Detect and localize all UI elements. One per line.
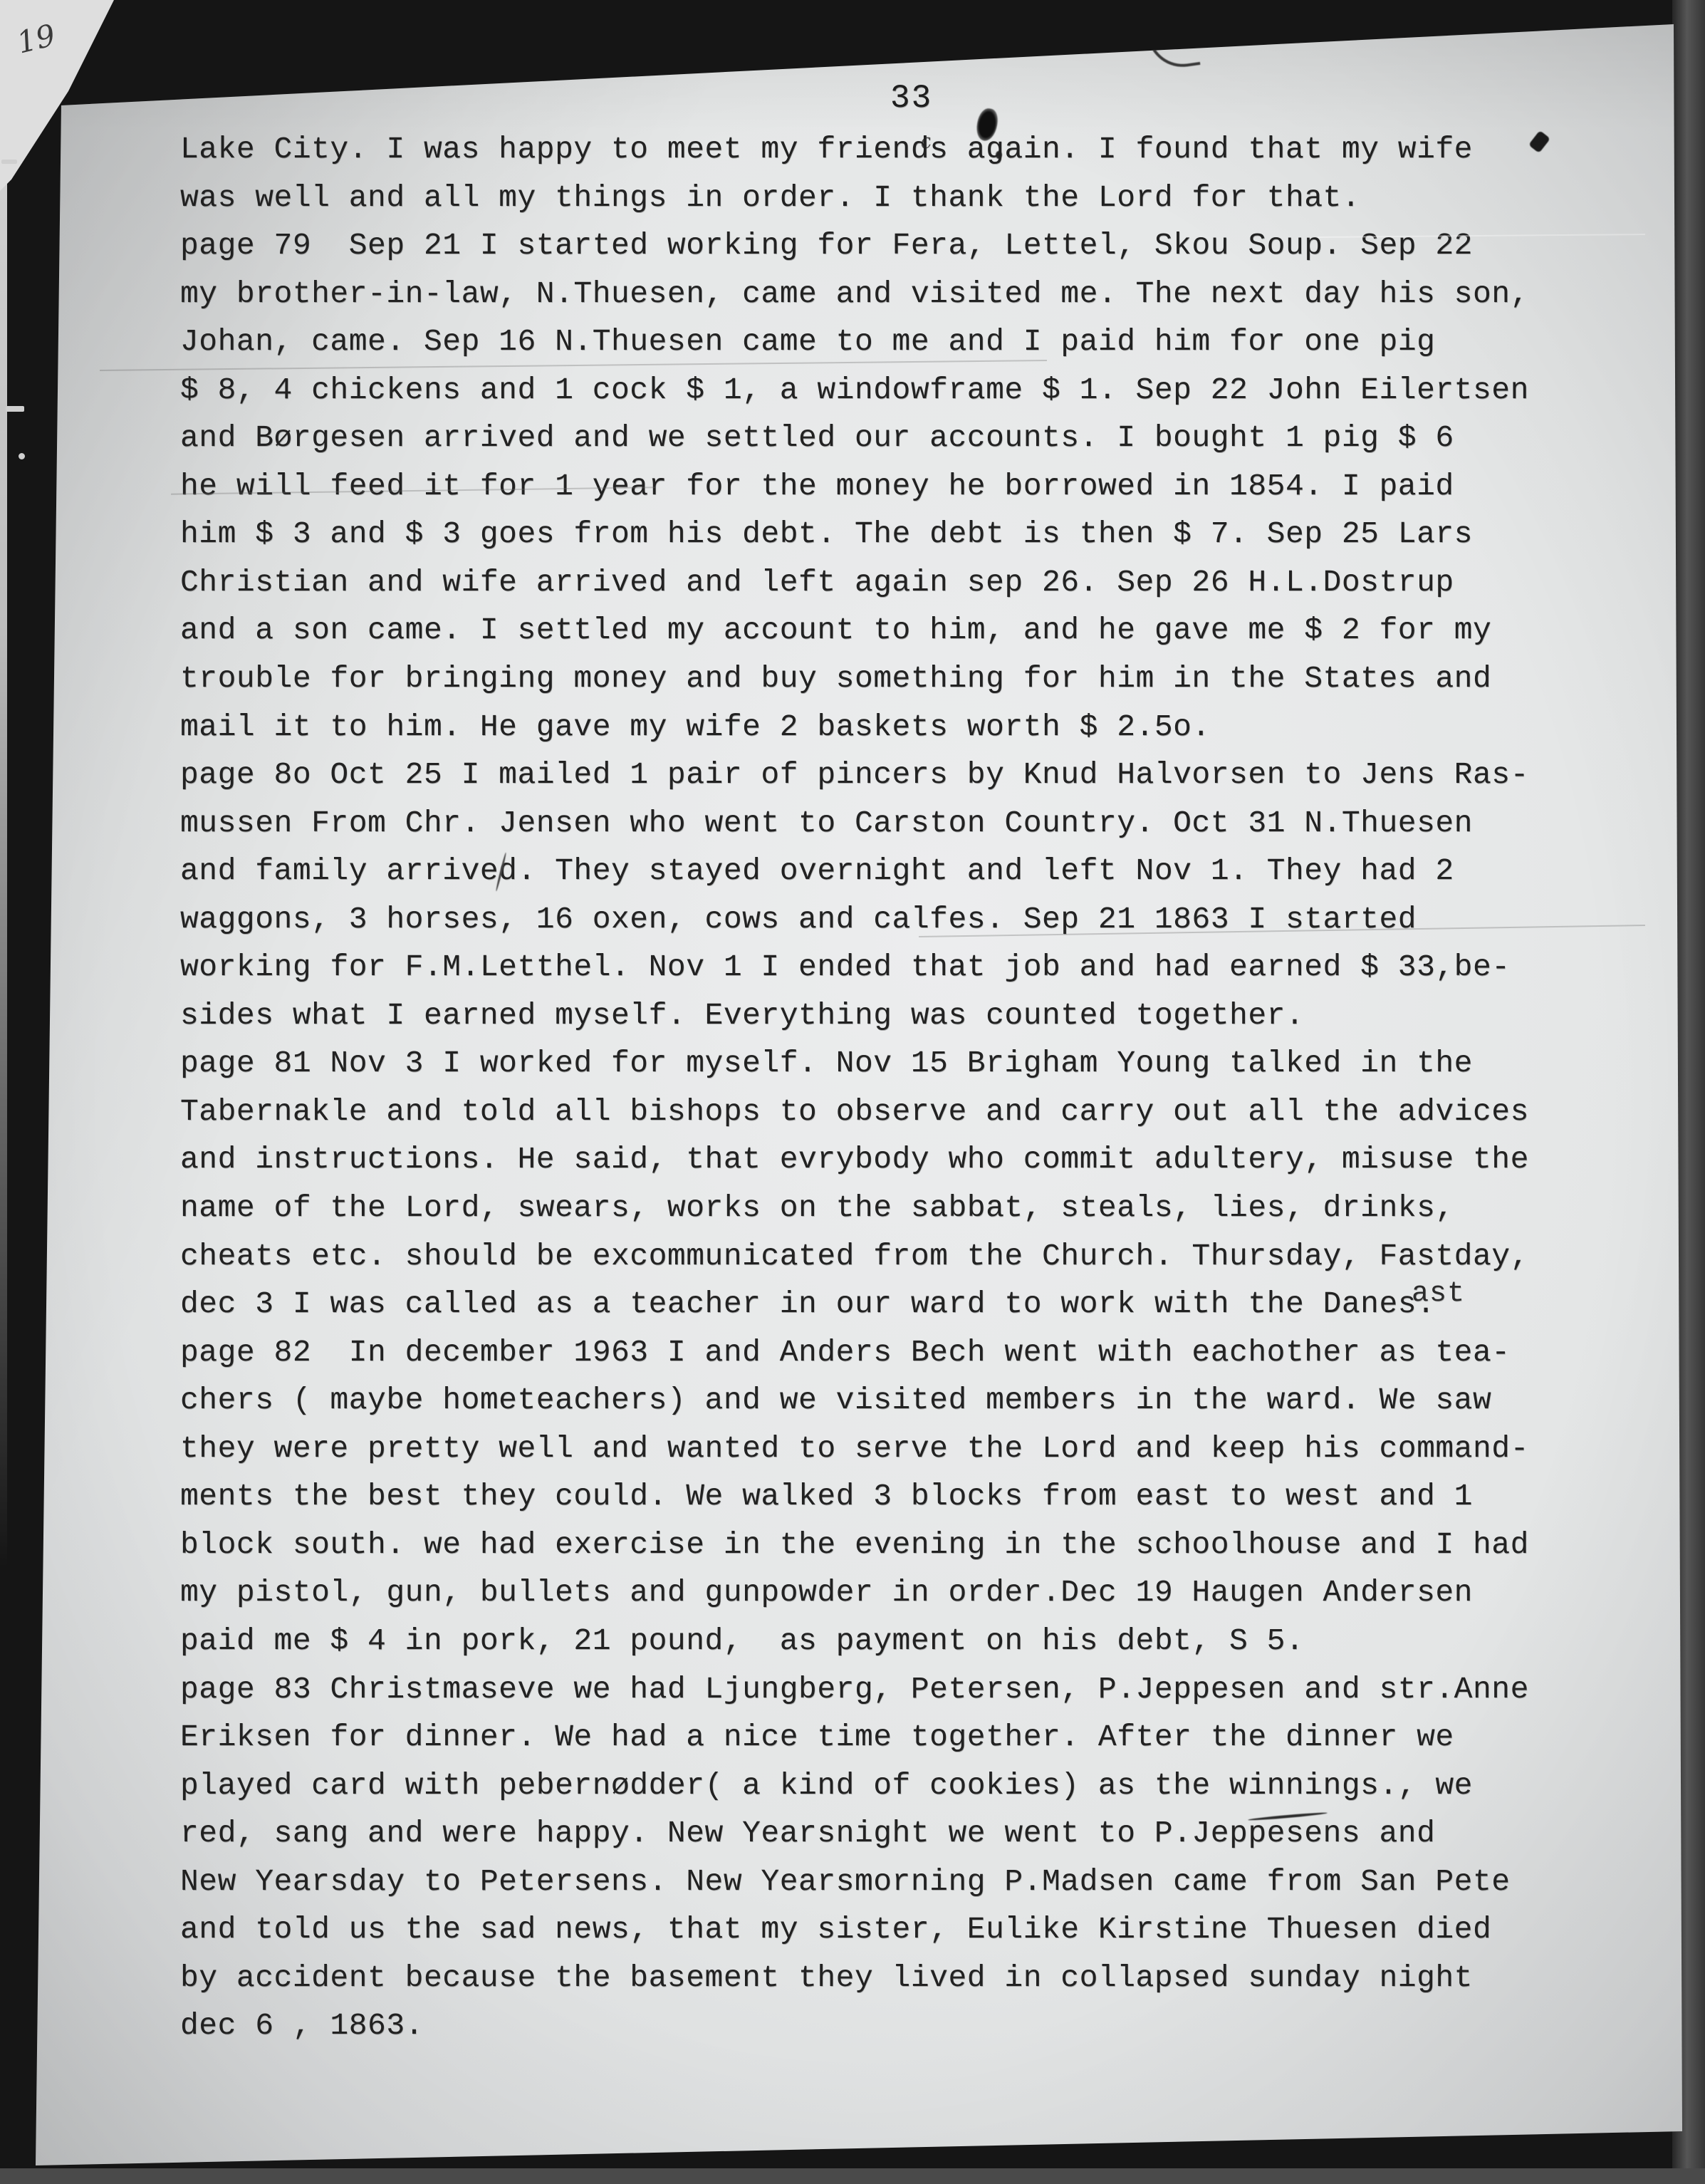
stray-hook-mark: [1145, 7, 1201, 72]
typed-line: ments the best they could. We walked 3 b…: [180, 1472, 1555, 1521]
typed-line: and family arrived. They stayed overnigh…: [180, 847, 1555, 895]
typed-line: dec 6 , 1863.: [180, 2002, 1555, 2050]
typed-line: Tabernakle and told all bishops to obser…: [180, 1088, 1555, 1136]
typed-line: red, sang and were happy. New Yearsnight…: [180, 1809, 1555, 1858]
typed-line: $ 8, 4 chickens and 1 cock $ 1, a window…: [180, 366, 1555, 415]
typed-line: and Børgesen arrived and we settled our …: [180, 414, 1555, 462]
typed-line: paid me $ 4 in pork, 21 pound, as paymen…: [180, 1617, 1555, 1665]
typed-line: name of the Lord, swears, works on the s…: [180, 1184, 1555, 1232]
typed-line: block south. we had exercise in the even…: [180, 1521, 1555, 1569]
typed-line: my brother-in-law, N.Thuesen, came and v…: [180, 270, 1555, 318]
typed-line: Eriksen for dinner. We had a nice time t…: [180, 1713, 1555, 1762]
typed-line: and a son came. I settled my account to …: [180, 606, 1555, 655]
typed-line: sides what I earned myself. Everything w…: [180, 992, 1555, 1040]
typed-line: page 8o Oct 25 I mailed 1 pair of pincer…: [180, 751, 1555, 799]
film-edge-tick: [1, 160, 17, 164]
typed-line: working for F.M.Letthel. Nov 1 I ended t…: [180, 943, 1555, 992]
typed-line: him $ 3 and $ 3 goes from his debt. The …: [180, 510, 1555, 558]
typed-line: Johan, came. Sep 16 N.Thuesen came to me…: [180, 318, 1555, 366]
typed-line: waggons, 3 horses, 16 oxen, cows and cal…: [180, 895, 1555, 944]
scan-frame-bottom-strip: [0, 2168, 1705, 2184]
film-edge-tick: [6, 406, 24, 412]
typed-line: cheats etc. should be excommunicated fro…: [180, 1232, 1555, 1281]
typed-line: played card with pebernødder( a kind of …: [180, 1762, 1555, 1810]
typed-line: dec 3 I was called as a teacher in our w…: [180, 1280, 1555, 1328]
film-edge-tick: [19, 453, 25, 459]
typed-line: Christian and wife arrived and left agai…: [180, 558, 1555, 607]
typed-line: mail it to him. He gave my wife 2 basket…: [180, 703, 1555, 752]
typed-line: they were pretty well and wanted to serv…: [180, 1425, 1555, 1473]
typed-line: by accident because the basement they li…: [180, 1954, 1555, 2002]
typed-line: page 79 Sep 21 I started working for Fer…: [180, 222, 1555, 270]
typed-line: my pistol, gun, bullets and gunpowder in…: [180, 1569, 1555, 1617]
typed-line: page 82 In december 1963 I and Anders Be…: [180, 1328, 1555, 1377]
typed-line: trouble for bringing money and buy somet…: [180, 655, 1555, 703]
typed-line: chers ( maybe hometeachers) and we visit…: [180, 1376, 1555, 1425]
typed-line: mussen From Chr. Jensen who went to Cars…: [180, 799, 1555, 848]
overtype-correction: ast: [1412, 1278, 1465, 1310]
page-number: 33: [890, 80, 932, 117]
typed-line: was well and all my things in order. I t…: [180, 174, 1555, 222]
typed-line: and told us the sad news, that my sister…: [180, 1905, 1555, 1954]
typed-line: and instructions. He said, that evrybody…: [180, 1135, 1555, 1184]
typed-line: he will feed it for 1 year for the money…: [180, 462, 1555, 511]
typed-line: page 83 Christmaseve we had Ljungberg, P…: [180, 1665, 1555, 1714]
typed-text-block: Lake City. I was happy to meet my friend…: [180, 125, 1555, 2050]
typewritten-page: 33 c Lake City. I was happy to meet my f…: [0, 0, 1705, 2184]
scan-edge-left-strip: [0, 0, 7, 1567]
typed-line: Lake City. I was happy to meet my friend…: [180, 125, 1555, 174]
scanned-document-photo: { "colors": { "paper": "#e6e7e6", "ink":…: [0, 0, 1705, 2184]
typed-line: page 81 Nov 3 I worked for myself. Nov 1…: [180, 1039, 1555, 1088]
typed-line: New Yearsday to Petersens. New Yearsmorn…: [180, 1858, 1555, 1906]
